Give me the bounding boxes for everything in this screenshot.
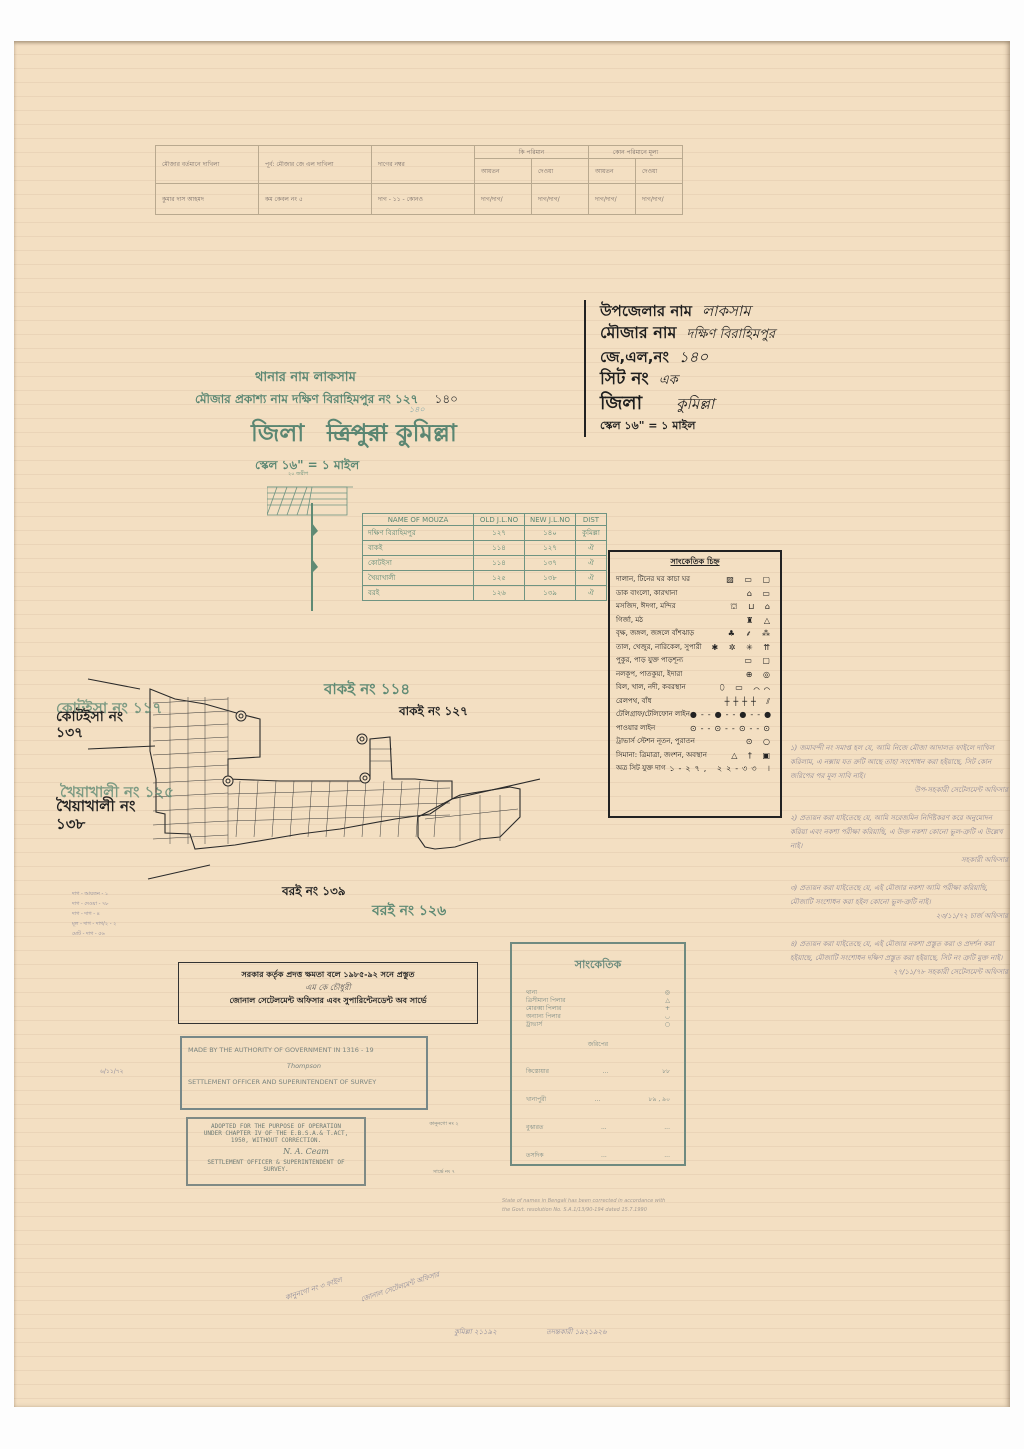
tally-line: দাগ - দেওয়া - ৭৮ <box>72 899 116 909</box>
stamp-line2: SETTLEMENT OFFICER AND SUPERINTENDENT OF… <box>188 1078 420 1086</box>
mouza-table-cell: ১১৪ <box>474 541 525 556</box>
mouza-table-cell: বাকই <box>363 541 474 556</box>
ledger-subheader: দেওয়া <box>636 159 683 184</box>
pencil-signature: জোনাল সেটেলমেন্ট অফিসার <box>359 1269 441 1306</box>
ledger-header: মৌজার বর্তমানে দাখিলা <box>156 146 259 184</box>
certification-note: ৪) প্রত্যয়ন করা যাইতেছে যে, এই মৌজার নক… <box>790 937 1008 979</box>
stage-dots: ... <box>603 1058 609 1086</box>
legend-label: ট্রাভার্স স্টেশন নূতন, পুরাতন <box>616 735 695 749</box>
mouza-table-cell: ১৩৮ <box>525 571 576 586</box>
mouza-table-row: কোটইসা১১৪১৩৭ঐ <box>363 556 607 571</box>
ledger-table: মৌজার বর্তমানে দাখিলা পূর্ব: মৌজার জে এল… <box>155 145 683 215</box>
mouza-table-cell: ১২৭ <box>525 541 576 556</box>
legend-item: ট্রাভার্স স্টেশন নূতন, পুরাতন⊙ ○ <box>616 735 774 749</box>
ledger-header: পূর্ব: মৌজার জে এল দাখিলা <box>259 146 372 184</box>
stage-label: বুঝারত <box>526 1114 543 1142</box>
legend-label: সিমানা: ত্রিমাত্রা, জংশন, অবস্থান <box>616 749 707 763</box>
adoption-line2: UNDER CHAPTER IV OF THE E.B.S.A.& T.ACT, <box>192 1130 360 1137</box>
legend-label: পুকুর, পাড় যুক্ত পাড়শূন্য <box>616 654 683 668</box>
mouza-table-header: NEW J.L.NO <box>525 514 576 526</box>
mouza-printed-name: মৌজার প্রকাশ্য নাম দক্ষিণ বিরাহিমপুর নং … <box>195 392 418 406</box>
legend-item: নলকূপ, পাতকুয়া, ইদারা⊕ ◎ <box>616 668 774 682</box>
symbol-item: ত্রিসীমানা পিলার△ <box>526 997 670 1005</box>
mouza-label: মৌজার নাম <box>600 322 676 344</box>
ledger-header: কি পরিমান <box>475 146 589 159</box>
legend-item: ডাক বাংলো, কারখানা⌂ ▭ <box>616 587 774 601</box>
footnote: State of names in Bengali has been corre… <box>502 1197 665 1215</box>
mouza-table-header: NAME OF MOUZA <box>363 514 474 526</box>
mouza-table-row: দক্ষিণ বিরাহিমপুর১২৭১৪০কুমিল্লা <box>363 526 607 541</box>
authority-line1: সরকার কর্তৃক প্রদত্ত ক্ষমতা বলে ১৯৮৫-৯২ … <box>179 969 477 982</box>
ledger-header: কোন পরিমানে মূল্য <box>589 146 683 159</box>
certification-note: ১) জমাবন্দী নং সমাপ্ত হল যে, আমি নিজে মৌ… <box>790 741 1008 797</box>
symbol-icon: △ <box>665 997 670 1005</box>
legend-symbol-icon: △ † ▣ <box>731 749 774 763</box>
district-struck: ত্রিপুরা <box>327 419 388 447</box>
legend-label: পাওয়ার লাইন <box>616 722 655 736</box>
certification-note: ৩) প্রত্যয়ন করা যাইতেছে যে, এই মৌজার নক… <box>790 881 1008 923</box>
stage-label: খানাপুরী <box>526 1086 546 1114</box>
neighbor-label-old: বরই নং ১২৬ <box>372 899 446 923</box>
pencil-number: ১৪০ <box>409 404 425 417</box>
mouza-new-number: ১৪০ <box>435 392 458 406</box>
legend-item: দালান, টিনের ঘর কাচা ঘর▨ ▭ ▢ <box>616 573 774 587</box>
ledger-cell: কুমার দাস আহমদ <box>156 184 259 215</box>
authority-box: সরকার কর্তৃক প্রদত্ত ক্ষমতা বলে ১৯৮৫-৯২ … <box>178 962 478 1024</box>
mouza-table-cell: ঐ <box>576 571 607 586</box>
adoption-signature: N. A. Ceam <box>252 1147 360 1156</box>
mouza-table-cell: কুমিল্লা <box>576 526 607 541</box>
mouza-table-cell: ১২৬ <box>474 586 525 601</box>
symbols-box: সাংকেতিক থানা◎ত্রিসীমানা পিলার△মোরব্বা প… <box>510 942 686 1166</box>
legend-title: সাংকেতিক চিহ্ন <box>616 556 774 569</box>
mouza-table-row: বাকই১১৪১২৭ঐ <box>363 541 607 556</box>
survey-stage-row: বুঝারত...... <box>526 1114 670 1142</box>
mouza-table-cell: ১২৭ <box>474 526 525 541</box>
mouza-table-cell: দক্ষিণ বিরাহিমপুর <box>363 526 474 541</box>
mouza-table-header: DIST <box>576 514 607 526</box>
legend-symbol-icon: ⊙--⊙--⊙--⊙ <box>690 722 774 736</box>
note-signature: ২৭/১১/৭৮ সহকারী সেটেলমেন্ট অফিসার <box>790 965 1008 979</box>
symbol-item: ট্রাভার্স○ <box>526 1021 670 1029</box>
mouza-table-row: খৈয়াখালী১২৫১৩৮ঐ <box>363 571 607 586</box>
district-value-green: কুমিল্লা <box>396 419 457 447</box>
mouza-table-cell: বরই <box>363 586 474 601</box>
symbol-icon: ○ <box>665 1021 670 1029</box>
ledger-cell: কম কেবল নং ৫ <box>259 184 372 215</box>
legend-label: নলকূপ, পাতকুয়া, ইদারা <box>616 668 682 682</box>
ledger-cell: দাগ/দাগ/ <box>532 184 589 215</box>
upazila-value: লাকসাম <box>702 302 751 320</box>
symbol-item: থানা◎ <box>526 989 670 997</box>
note-text: ৪) প্রত্যয়ন করা যাইতেছে যে, এই মৌজার নক… <box>790 937 1008 965</box>
symbol-label: ত্রিসীমানা পিলার <box>526 997 565 1005</box>
adoption-line4: SETTLEMENT OFFICER & SUPERINTENDENT OF <box>192 1159 360 1166</box>
legend-symbol-icon: ♣ ⸙ ⁂ <box>728 627 774 641</box>
ledger-cell: দাগ/দাগ/ <box>475 184 532 215</box>
legend-label: তাল, খেজুর, নারিকেল, সুপারী <box>616 641 702 655</box>
government-authority-stamp: MADE BY THE AUTHORITY OF GOVERNMENT IN 1… <box>180 1036 428 1110</box>
mouza-table-row: বরই১২৬১৩৯ঐ <box>363 586 607 601</box>
adoption-stamp: ADOPTED FOR THE PURPOSE OF OPERATION UND… <box>186 1117 366 1186</box>
symbol-label: ট্রাভার্স <box>526 1021 542 1029</box>
mouza-value: দক্ষিণ বিরাহিমপুর <box>686 327 775 342</box>
legend-item: টেলিগ্রাফ/টেলিফোন লাইন●--●--●--● <box>616 708 774 722</box>
ledger-subheader: আয়তন <box>475 159 532 184</box>
note-text: ৩) প্রত্যয়ন করা যাইতেছে যে, এই মৌজার নক… <box>790 881 1008 909</box>
legend-item: বিল, খাল, নদী, কবরস্থান⬯ ▭ ⌒⌒ <box>616 681 774 695</box>
upazila-label: উপজেলার নাম <box>600 300 692 322</box>
authority-line2: জোনাল সেটেলমেন্ট অফিসার এবং সুপারিন্টেনড… <box>179 995 477 1008</box>
symbol-icon: ◎ <box>665 989 670 997</box>
legend-item: অত্র সিট যুক্ত দাগ১-২৭, ২২-৩৩ । <box>616 762 774 776</box>
jl-value: ১৪০ <box>679 348 708 366</box>
adoption-line3: 1950, WITHOUT CORRECTION. <box>192 1137 360 1144</box>
legend-symbol-icon: ┼┼┼┼ ⫽ <box>725 695 774 709</box>
legend-label: দালান, টিনের ঘর কাচা ঘর <box>616 573 690 587</box>
legend-label: বৃক্ষ, জঙ্গল, জঙ্গলে বাঁশঝাড় <box>616 627 694 641</box>
legend-symbol-icon: ⊙ ○ <box>746 735 774 749</box>
neighbor-label-old: বাকই নং ১১৪ <box>324 678 410 703</box>
legend-item: তাল, খেজুর, নারিকেল, সুপারী✱ ✲ ✳ ⇈ <box>616 641 774 655</box>
scale-label: স্কেল ১৬" = ১ মাইল <box>600 415 870 437</box>
ledger-subheader: আয়তন <box>589 159 636 184</box>
legend-item: গির্জা, মঠ♜ △ <box>616 614 774 628</box>
legend-item: পাওয়ার লাইন⊙--⊙--⊙--⊙ <box>616 722 774 736</box>
neighbor-label-koteisa: কোটইসা নং ১৩৭ <box>56 709 136 741</box>
ledger-cell: দাগ/দাগ/ <box>589 184 636 215</box>
kanungo-label: কানুনগো নং ২ <box>424 1121 464 1129</box>
legend-label: ডাক বাংলো, কারখানা <box>616 587 677 601</box>
stage-label: কিস্তোয়ার <box>526 1058 549 1086</box>
tally-line: মোট - দাগ - ৫৬ <box>72 929 116 939</box>
pencil-signature: কুমিল্লা ২১১৯২ <box>454 1326 497 1338</box>
mouza-table-cell: ঐ <box>576 556 607 571</box>
legend-label: টেলিগ্রাফ/টেলিফোন লাইন <box>616 708 690 722</box>
legend-label: রেলপথ, বাঁধ <box>616 695 652 709</box>
legend-item: মসজিদ, ঈদগা, মন্দির⛫ ⊔ ⌂ <box>616 600 774 614</box>
stage-dots: ... <box>601 1142 607 1170</box>
mouza-table-cell: ১৩৯ <box>525 586 576 601</box>
jl-label: জে,এল,নং <box>600 346 669 368</box>
symbol-label: মোরব্বা পিলার <box>526 1005 561 1013</box>
legend-symbol-icon: ✱ ✲ ✳ ⇈ <box>712 641 774 655</box>
district-value: কুমিল্লা <box>676 395 714 413</box>
scale-bar <box>267 477 427 517</box>
mouza-table-cell: ঐ <box>576 586 607 601</box>
legend-item: পুকুর, পাড় যুক্ত পাড়শূন্য▭ ▢ <box>616 654 774 668</box>
pencil-signature: তদন্তকারী ১৯২১৯২৬ <box>546 1326 607 1338</box>
survey-stage-row: কিস্তোয়ার...৮৮ <box>526 1058 670 1086</box>
legend-symbol-icon: ⊕ ◎ <box>746 668 774 682</box>
tally-line: দাগ - আয়তন - ১ <box>72 889 116 899</box>
stamp-line1: MADE BY THE AUTHORITY OF GOVERNMENT IN 1… <box>188 1046 420 1054</box>
district-label-green: জিলা <box>251 419 304 447</box>
mouza-table-cell: ঐ <box>576 541 607 556</box>
sheet-header-block: উপজেলার নামলাকসাম মৌজার নামদক্ষিণ বিরাহি… <box>584 300 870 437</box>
mouza-table-cell: ১৪০ <box>525 526 576 541</box>
map-sheet: মৌজার বর্তমানে দাখিলা পূর্ব: মৌজার জে এল… <box>14 41 1010 1407</box>
legend-box: সাংকেতিক চিহ্ন দালান, টিনের ঘর কাচা ঘর▨ … <box>608 550 782 818</box>
stage-value: ৮৮ <box>662 1058 670 1086</box>
sheet-edge-marker <box>310 503 322 611</box>
pencil-tally: দাগ - আয়তন - ১দাগ - দেওয়া - ৭৮দাগ - দা… <box>72 889 116 939</box>
stage-value: ... <box>664 1114 670 1142</box>
stage-dots: ... <box>595 1086 601 1114</box>
ledger-header: দাগের নম্বর <box>372 146 475 184</box>
handwritten-certifications: ১) জমাবন্দী নং সমাপ্ত হল যে, আমি নিজে মৌ… <box>790 741 1008 993</box>
ledger-subheader: দেওয়া <box>532 159 589 184</box>
symbol-item: মোরব্বা পিলার+ <box>526 1005 670 1013</box>
symbols-title: সাংকেতিক <box>526 956 670 975</box>
symbol-label: থানা <box>526 989 537 997</box>
symbol-icon: + <box>665 1005 670 1013</box>
note-signature: সহকারী অফিসার <box>790 853 1008 867</box>
tally-line: দাগ - দাগ - ৪ <box>72 909 116 919</box>
legend-label: বিল, খাল, নদী, কবরস্থান <box>616 681 686 695</box>
mouza-table-cell: ১৩৭ <box>525 556 576 571</box>
pencil-signature: কানুনগো নং ৩ ফাইল <box>284 1274 344 1304</box>
note-signature: উপ-সহকারী সেটেলমেন্ট অফিসার <box>790 783 1008 797</box>
stage-dots: ... <box>601 1114 607 1142</box>
adoption-line1: ADOPTED FOR THE PURPOSE OF OPERATION <box>192 1123 360 1130</box>
symbol-icon: ◡ <box>665 1013 670 1021</box>
legend-symbol-icon: ⬯ ▭ ⌒⌒ <box>720 681 774 695</box>
adoption-line5: SURVEY. <box>192 1166 360 1173</box>
legend-label: গির্জা, মঠ <box>616 614 643 628</box>
survey-stage-row: খানাপুরী...৮৯ , ৯০ <box>526 1086 670 1114</box>
neighbor-label-bakai: বাকই নং ১২৭ <box>399 703 468 723</box>
certification-note: ২) প্রত্যয়ন করা যাইতেছে যে, আমি সরেজমিন… <box>790 811 1008 867</box>
neighbor-label-khoiyakhali: খৈয়াখালী নং ১৩৮ <box>56 797 156 833</box>
stage-label: তসদিক <box>526 1142 544 1170</box>
legend-item: রেলপথ, বাঁধ┼┼┼┼ ⫽ <box>616 695 774 709</box>
footnote-line2: the Govt. resolution No. S.A.1/13/90-194… <box>502 1206 665 1215</box>
thana-name: থানার নাম লাকসাম <box>195 368 575 389</box>
scale-bar-label: ২০ জরীপ <box>288 471 308 479</box>
symbol-label: অন্যান্য পিলার <box>526 1013 561 1021</box>
legend-item: বৃক্ষ, জঙ্গল, জঙ্গলে বাঁশঝাড়♣ ⸙ ⁂ <box>616 627 774 641</box>
legend-symbol-icon: ⌂ ▭ <box>747 587 774 601</box>
note-text: ১) জমাবন্দী নং সমাপ্ত হল যে, আমি নিজে মৌ… <box>790 741 1008 783</box>
legend-symbol-icon: ♜ △ <box>746 614 774 628</box>
footnote-line1: State of names in Bengali has been corre… <box>502 1197 665 1206</box>
symbol-item: অন্যান্য পিলার◡ <box>526 1013 670 1021</box>
legend-label: মসজিদ, ঈদগা, মন্দির <box>616 600 676 614</box>
pencil-initials: ৬/১১/৭২ <box>100 1066 124 1077</box>
mouza-table: NAME OF MOUZA OLD J.L.NO NEW J.L.NO DIST… <box>362 513 607 601</box>
note-signature: ২৩/১১/৭২ চার্জ অফিসার <box>790 909 1008 923</box>
legend-label: অত্র সিট যুক্ত দাগ <box>616 762 665 776</box>
stamp-signature: Thompson <box>188 1062 420 1070</box>
legend-symbol-icon: ▭ ▢ <box>744 654 774 668</box>
mouza-table-cell: ১১৪ <box>474 556 525 571</box>
stage-value: ৮৯ , ৯০ <box>649 1086 670 1114</box>
legend-item: সিমানা: ত্রিমাত্রা, জংশন, অবস্থান△ † ▣ <box>616 749 774 763</box>
mouza-table-header: OLD J.L.NO <box>474 514 525 526</box>
note-text: ২) প্রত্যয়ন করা যাইতেছে যে, আমি সরেজমিন… <box>790 811 1008 853</box>
symbols-subtitle: জরিপের <box>526 1039 670 1050</box>
legend-symbol-icon: ১-২৭, ২২-৩৩ । <box>669 762 774 776</box>
sheet-value: এক <box>659 373 678 388</box>
legend-symbol-icon: ●--●--●--● <box>690 708 775 722</box>
ledger-cell: দাগ - ১১ - কোনও <box>372 184 475 215</box>
authority-signature: এম কে চৌধুরী <box>179 982 477 995</box>
legend-symbol-icon: ▨ ▭ ▢ <box>726 573 774 587</box>
mouza-table-cell: কোটইসা <box>363 556 474 571</box>
mouza-table-cell: খৈয়াখালী <box>363 571 474 586</box>
mouza-table-cell: ১২৫ <box>474 571 525 586</box>
legend-symbol-icon: ⛫ ⊔ ⌂ <box>730 600 774 614</box>
neighbor-label-boroi: বরই নং ১৩৯ <box>282 883 346 903</box>
sheet-label: সিট নং <box>600 368 649 390</box>
tally-line: মূল - দাগ - দাগ/২ - ২ <box>72 919 116 929</box>
survey-label: সার্ভে নং ৭ <box>424 1169 464 1177</box>
district-label: জিলা <box>600 392 642 414</box>
scale-green: স্কেল ১৬" = ১ মাইল <box>195 457 575 477</box>
ledger-cell: দাগ/দাগ/ <box>636 184 683 215</box>
stage-value: ... <box>664 1142 670 1170</box>
green-title-block: থানার নাম লাকসাম মৌজার প্রকাশ্য নাম দক্ষ… <box>195 368 575 521</box>
survey-stage-row: তসদিক...... <box>526 1142 670 1170</box>
